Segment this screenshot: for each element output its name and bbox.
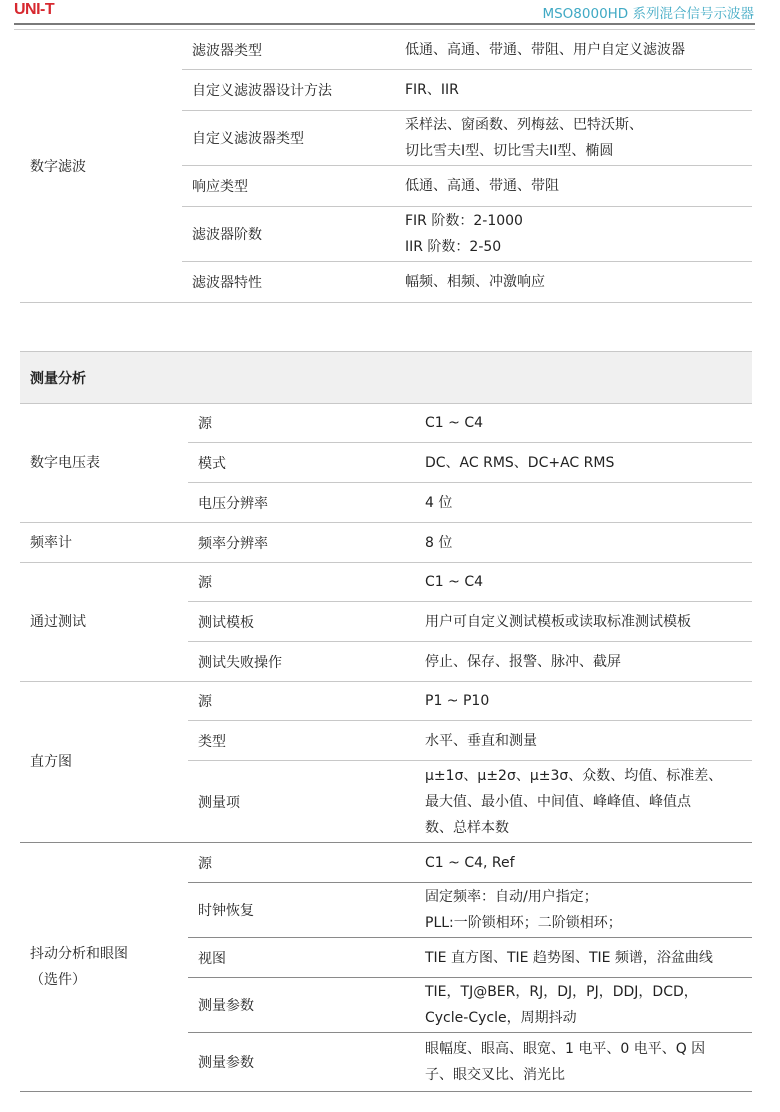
spec-row: 滤波器阶数 FIR 阶数：2-1000IIR 阶数：2-50: [182, 207, 752, 262]
spec-row: 滤波器特性 幅频、相频、冲激响应: [182, 262, 752, 302]
document-title: MSO8000HD 系列混合信号示波器: [542, 2, 754, 22]
spec-key: 滤波器特性: [182, 272, 405, 292]
spec-value: 低通、高通、带通、带阻: [405, 173, 559, 199]
spec-row: 频率分辨率 8 位: [188, 523, 752, 562]
spec-group-digital-filter: 数字滤波 滤波器类型 低通、高通、带通、带阻、用户自定义滤波器 自定义滤波器设计…: [20, 31, 752, 303]
spec-row: 类型 水平、垂直和测量: [188, 721, 752, 761]
spec-row: 视图 TIE 直方图、TIE 趋势图、TIE 频谱，浴盆曲线: [188, 938, 752, 978]
section-header-measurement: 测量分析: [20, 351, 752, 404]
spec-value: 停止、保存、报警、脉冲、截屏: [425, 649, 621, 675]
spec-key: 滤波器类型: [182, 40, 405, 60]
brand-logo: UNI-T: [14, 1, 54, 19]
spec-key: 频率分辨率: [188, 533, 425, 553]
group-label: 频率计: [30, 530, 72, 556]
spec-key: 源: [188, 572, 425, 592]
spec-key: 模式: [188, 453, 425, 473]
spec-value: FIR、IIR: [405, 77, 459, 103]
spec-row: 源 C1 ~ C4: [188, 404, 752, 443]
spec-group-pass-fail: 通过测试 源 C1 ~ C4 测试模板 用户可自定义测试模板或读取标准测试模板 …: [20, 563, 752, 682]
group-label: 数字电压表: [30, 450, 100, 476]
spec-row: 时钟恢复 固定频率：自动/用户指定；PLL:一阶锁相环；二阶锁相环；: [188, 883, 752, 938]
spec-row: 滤波器类型 低通、高通、带通、带阻、用户自定义滤波器: [182, 31, 752, 70]
spec-value: μ±1σ、μ±2σ、μ±3σ、众数、均值、标准差、最大值、最小值、中间值、峰峰值…: [425, 763, 722, 841]
spec-value: 用户可自定义测试模板或读取标准测试模板: [425, 609, 691, 635]
spec-key: 类型: [188, 731, 425, 751]
spec-value: C1 ~ C4, Ref: [425, 850, 515, 876]
spec-key: 源: [188, 413, 425, 433]
section-title: 测量分析: [30, 368, 86, 388]
spec-value: 幅频、相频、冲激响应: [405, 269, 545, 295]
spec-row: 源 C1 ~ C4, Ref: [188, 843, 752, 883]
spec-row: 自定义滤波器类型 采样法、窗函数、列梅兹、巴特沃斯、切比雪夫I型、切比雪夫II型…: [182, 111, 752, 166]
group-label: 直方图: [30, 749, 72, 775]
spec-row: 测试模板 用户可自定义测试模板或读取标准测试模板: [188, 602, 752, 642]
spec-row: 测量参数 眼幅度、眼高、眼宽、1 电平、0 电平、Q 因子、眼交叉比、消光比: [188, 1033, 752, 1091]
spec-group-histogram: 直方图 源 P1 ~ P10 类型 水平、垂直和测量 测量项 μ±1σ、μ±2σ…: [20, 682, 752, 843]
spec-value: 低通、高通、带通、带阻、用户自定义滤波器: [405, 37, 685, 63]
spec-value: 眼幅度、眼高、眼宽、1 电平、0 电平、Q 因子、眼交叉比、消光比: [425, 1036, 705, 1088]
spec-key: 电压分辨率: [188, 493, 425, 513]
spec-value: 水平、垂直和测量: [425, 728, 537, 754]
group-label: 抖动分析和眼图 （选件）: [30, 941, 128, 993]
spec-value: TIE，TJ@BER，RJ，DJ，PJ，DDJ，DCD，Cycle-Cycle，…: [425, 979, 698, 1031]
spec-row: 测量参数 TIE，TJ@BER，RJ，DJ，PJ，DDJ，DCD，Cycle-C…: [188, 978, 752, 1033]
digital-filter-table: 数字滤波 滤波器类型 低通、高通、带通、带阻、用户自定义滤波器 自定义滤波器设计…: [20, 31, 752, 303]
spec-value: C1 ~ C4: [425, 410, 483, 436]
spec-key: 响应类型: [182, 176, 405, 196]
spec-key: 时钟恢复: [188, 900, 425, 920]
group-label: 数字滤波: [30, 154, 86, 180]
spec-key: 测试模板: [188, 612, 425, 632]
spec-value: DC、AC RMS、DC+AC RMS: [425, 450, 614, 476]
spec-key: 测量项: [188, 792, 425, 812]
spec-row: 自定义滤波器设计方法 FIR、IIR: [182, 70, 752, 111]
spec-key: 自定义滤波器类型: [182, 128, 405, 148]
spec-row: 电压分辨率 4 位: [188, 483, 752, 522]
spec-value: TIE 直方图、TIE 趋势图、TIE 频谱，浴盆曲线: [425, 945, 713, 971]
spec-value: 采样法、窗函数、列梅兹、巴特沃斯、切比雪夫I型、切比雪夫II型、椭圆: [405, 112, 643, 164]
spec-value: 8 位: [425, 530, 452, 556]
spec-key: 自定义滤波器设计方法: [182, 80, 405, 100]
spec-value: C1 ~ C4: [425, 569, 483, 595]
spec-row: 源 C1 ~ C4: [188, 563, 752, 602]
spec-value: P1 ~ P10: [425, 688, 489, 714]
spec-row: 源 P1 ~ P10: [188, 682, 752, 721]
spec-key: 测量参数: [188, 995, 425, 1015]
spec-value: FIR 阶数：2-1000IIR 阶数：2-50: [405, 208, 523, 260]
spec-key: 测试失败操作: [188, 652, 425, 672]
spec-row: 测试失败操作 停止、保存、报警、脉冲、截屏: [188, 642, 752, 681]
header-rule-dark: [14, 23, 755, 25]
measurement-table: 数字电压表 源 C1 ~ C4 模式 DC、AC RMS、DC+AC RMS 电…: [20, 404, 752, 1092]
spec-key: 测量参数: [188, 1052, 425, 1072]
header-rule-light: [14, 29, 755, 30]
spec-row: 测量项 μ±1σ、μ±2σ、μ±3σ、众数、均值、标准差、最大值、最小值、中间值…: [188, 761, 752, 842]
spec-key: 滤波器阶数: [182, 224, 405, 244]
spec-value: 固定频率：自动/用户指定；PLL:一阶锁相环；二阶锁相环；: [425, 884, 622, 936]
page-header: UNI-T MSO8000HD 系列混合信号示波器: [0, 0, 780, 32]
spec-group-jitter-eye: 抖动分析和眼图 （选件） 源 C1 ~ C4, Ref 时钟恢复 固定频率：自动…: [20, 843, 752, 1092]
spec-row: 响应类型 低通、高通、带通、带阻: [182, 166, 752, 207]
spec-key: 视图: [188, 948, 425, 968]
spec-group-frequency-counter: 频率计 频率分辨率 8 位: [20, 523, 752, 563]
spec-key: 源: [188, 853, 425, 873]
spec-row: 模式 DC、AC RMS、DC+AC RMS: [188, 443, 752, 483]
spec-group-dvm: 数字电压表 源 C1 ~ C4 模式 DC、AC RMS、DC+AC RMS 电…: [20, 404, 752, 523]
spec-value: 4 位: [425, 490, 452, 516]
group-label: 通过测试: [30, 609, 86, 635]
spec-key: 源: [188, 691, 425, 711]
